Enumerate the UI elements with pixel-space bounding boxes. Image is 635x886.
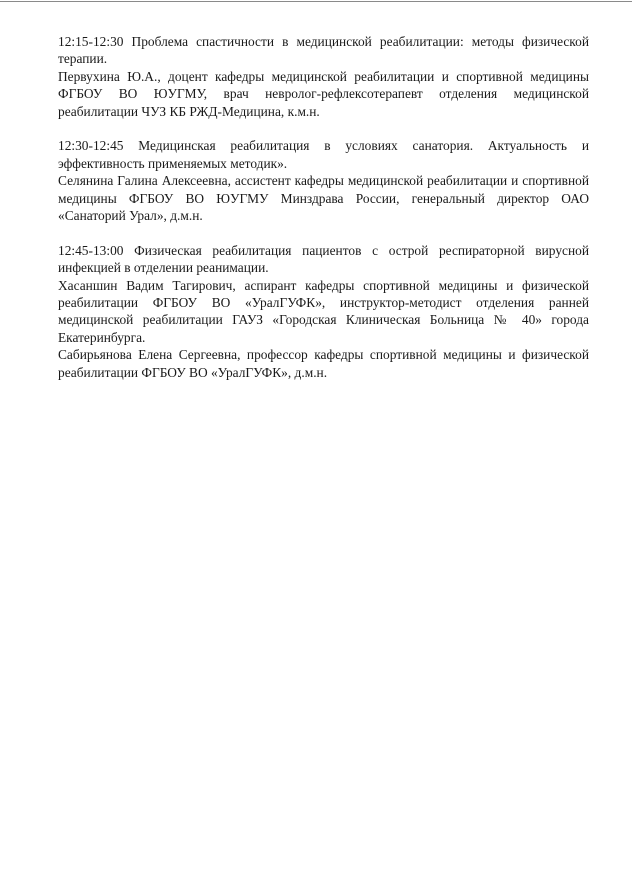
session-heading: 12:15-12:30 Проблема спастичности в меди… <box>58 33 589 68</box>
speaker-info: Хасаншин Вадим Тагирович, аспирант кафед… <box>58 277 589 347</box>
session-title: Медицинская реабилитация в условиях сана… <box>58 138 589 170</box>
session-title: Физическая реабилитация пациентов с остр… <box>58 243 589 275</box>
document-page: 12:15-12:30 Проблема спастичности в меди… <box>58 33 589 398</box>
session-time: 12:30-12:45 <box>58 138 123 153</box>
speaker-info: Селянина Галина Алексеевна, ассистент ка… <box>58 172 589 224</box>
page-top-border <box>0 1 632 2</box>
session-title: Проблема спастичности в медицинской реаб… <box>58 34 589 66</box>
session-time: 12:15-12:30 <box>58 34 123 49</box>
speaker-info: Сабирьянова Елена Сергеевна, профессор к… <box>58 346 589 381</box>
session-block: 12:30-12:45 Медицинская реабилитация в у… <box>58 137 589 224</box>
session-heading: 12:45-13:00 Физическая реабилитация паци… <box>58 242 589 277</box>
session-block: 12:45-13:00 Физическая реабилитация паци… <box>58 242 589 381</box>
session-heading: 12:30-12:45 Медицинская реабилитация в у… <box>58 137 589 172</box>
session-time: 12:45-13:00 <box>58 243 123 258</box>
speaker-info: Первухина Ю.А., доцент кафедры медицинск… <box>58 68 589 120</box>
session-block: 12:15-12:30 Проблема спастичности в меди… <box>58 33 589 120</box>
